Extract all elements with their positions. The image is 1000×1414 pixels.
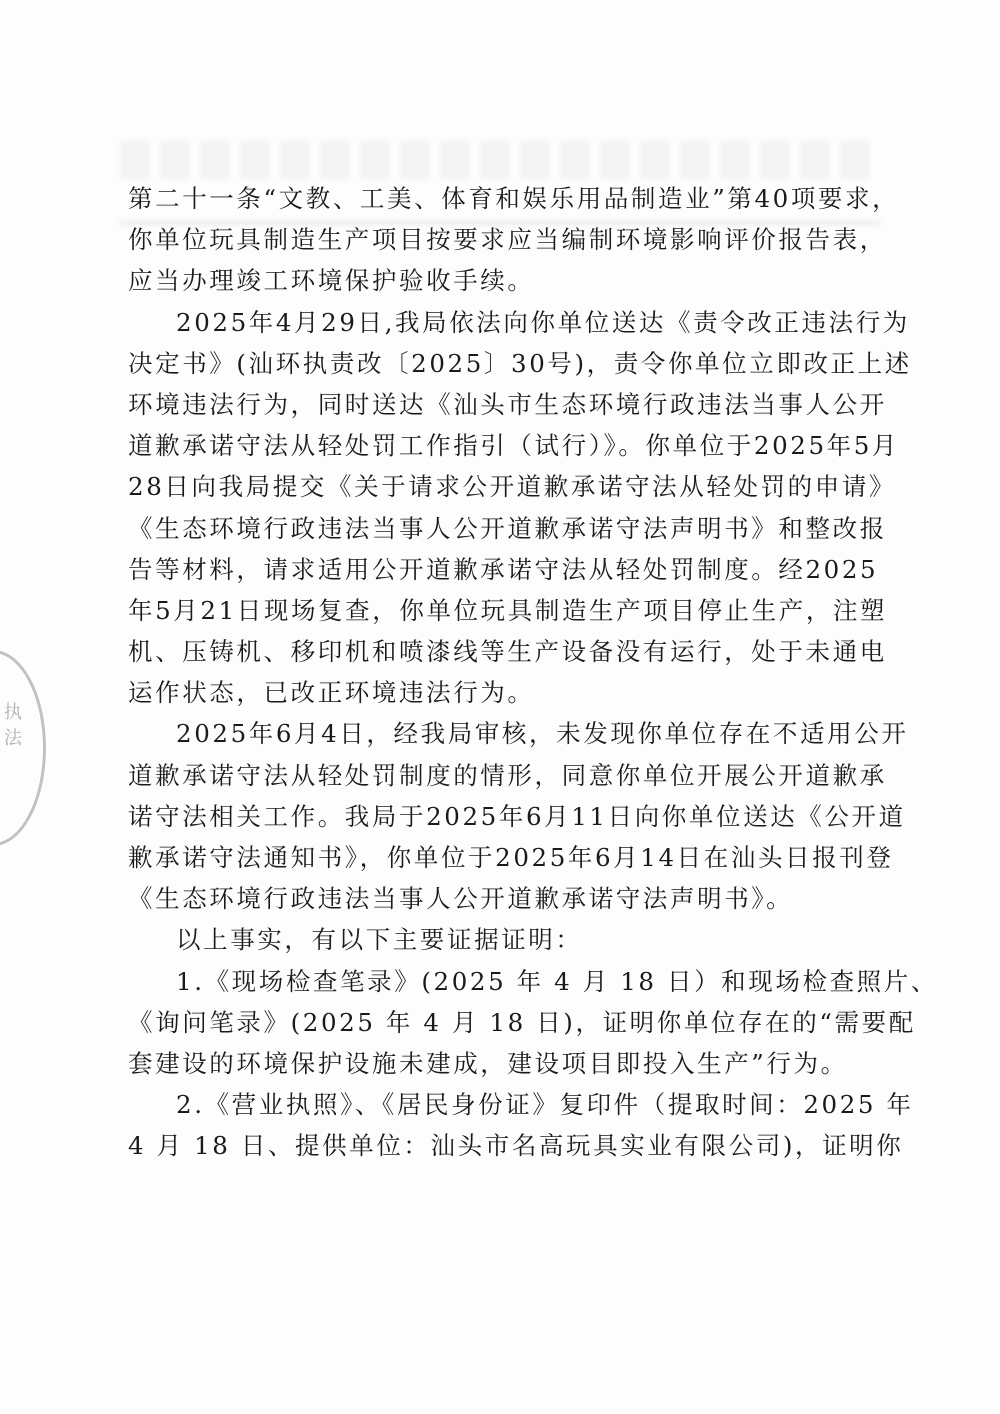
document-body: 第二十一条“文教、工美、体育和娱乐用品制造业”第40项要求， 你单位玩具制造生产…: [128, 178, 868, 1167]
text-line: 决定书》(汕环执责改〔2025〕30号)，责令你单位立即改正上述: [128, 343, 868, 384]
text-line: 4 月 18 日、提供单位：汕头市名高玩具实业有限公司)，证明你: [128, 1125, 868, 1166]
text-line: 第二十一条“文教、工美、体育和娱乐用品制造业”第40项要求，: [128, 178, 868, 219]
text-line: 道歉承诺守法从轻处罚工作指引（试行）》。你单位于2025年5月: [128, 425, 868, 466]
text-line: 《询问笔录》(2025 年 4 月 18 日)，证明你单位存在的“需要配: [128, 1002, 868, 1043]
evidence-item-2: 2.《营业执照》、《居民身份证》复印件（提取时间：2025 年 4 月 18 日…: [128, 1084, 868, 1166]
text-line: 年5月21日现场复查，你单位玩具制造生产项目停止生产，注塑: [128, 590, 868, 631]
paragraph-review: 2025年6月4日，经我局审核，未发现你单位存在不适用公开 道歉承诺守法从轻处罚…: [128, 713, 868, 919]
text-line: 应当办理竣工环境保护验收手续。: [128, 260, 868, 301]
text-line: 以上事实，有以下主要证据证明：: [128, 919, 868, 960]
text-line: 套建设的环境保护设施未建成，建设项目即投入生产”行为。: [128, 1043, 868, 1084]
text-line: 告等材料，请求适用公开道歉承诺守法从轻处罚制度。经2025: [128, 549, 868, 590]
paragraph-correction-order: 2025年4月29日,我局依法向你单位送达《责令改正违法行为 决定书》(汕环执责…: [128, 302, 868, 714]
text-line: 环境违法行为，同时送达《汕头市生态环境行政违法当事人公开: [128, 384, 868, 425]
text-line: 歉承诺守法通知书》，你单位于2025年6月14日在汕头日报刊登: [128, 837, 868, 878]
text-line: 28日向我局提交《关于请求公开道歉承诺守法从轻处罚的申请》: [128, 466, 868, 507]
paragraph-evidence-intro: 以上事实，有以下主要证据证明：: [128, 919, 868, 960]
text-line: 2.《营业执照》、《居民身份证》复印件（提取时间：2025 年: [128, 1084, 868, 1125]
seal-text: 执法: [4, 700, 28, 752]
text-line: 《生态环境行政违法当事人公开道歉承诺守法声明书》。: [128, 878, 868, 919]
text-line: 2025年4月29日,我局依法向你单位送达《责令改正违法行为: [128, 302, 868, 343]
text-line: 2025年6月4日，经我局审核，未发现你单位存在不适用公开: [128, 713, 868, 754]
paragraph-legal-basis: 第二十一条“文教、工美、体育和娱乐用品制造业”第40项要求， 你单位玩具制造生产…: [128, 178, 868, 302]
text-line: 《生态环境行政违法当事人公开道歉承诺守法声明书》和整改报: [128, 508, 868, 549]
text-line: 1.《现场检查笔录》(2025 年 4 月 18 日）和现场检查照片、: [128, 961, 868, 1002]
bleed-through-text: [120, 140, 880, 180]
text-line: 机、压铸机、移印机和喷漆线等生产设备没有运行，处于未通电: [128, 631, 868, 672]
text-line: 道歉承诺守法从轻处罚制度的情形，同意你单位开展公开道歉承: [128, 755, 868, 796]
evidence-item-1: 1.《现场检查笔录》(2025 年 4 月 18 日）和现场检查照片、 《询问笔…: [128, 961, 868, 1085]
text-line: 诺守法相关工作。我局于2025年6月11日向你单位送达《公开道: [128, 796, 868, 837]
text-line: 你单位玩具制造生产项目按要求应当编制环境影响评价报告表，: [128, 219, 868, 260]
text-line: 运作状态，已改正环境违法行为。: [128, 672, 868, 713]
